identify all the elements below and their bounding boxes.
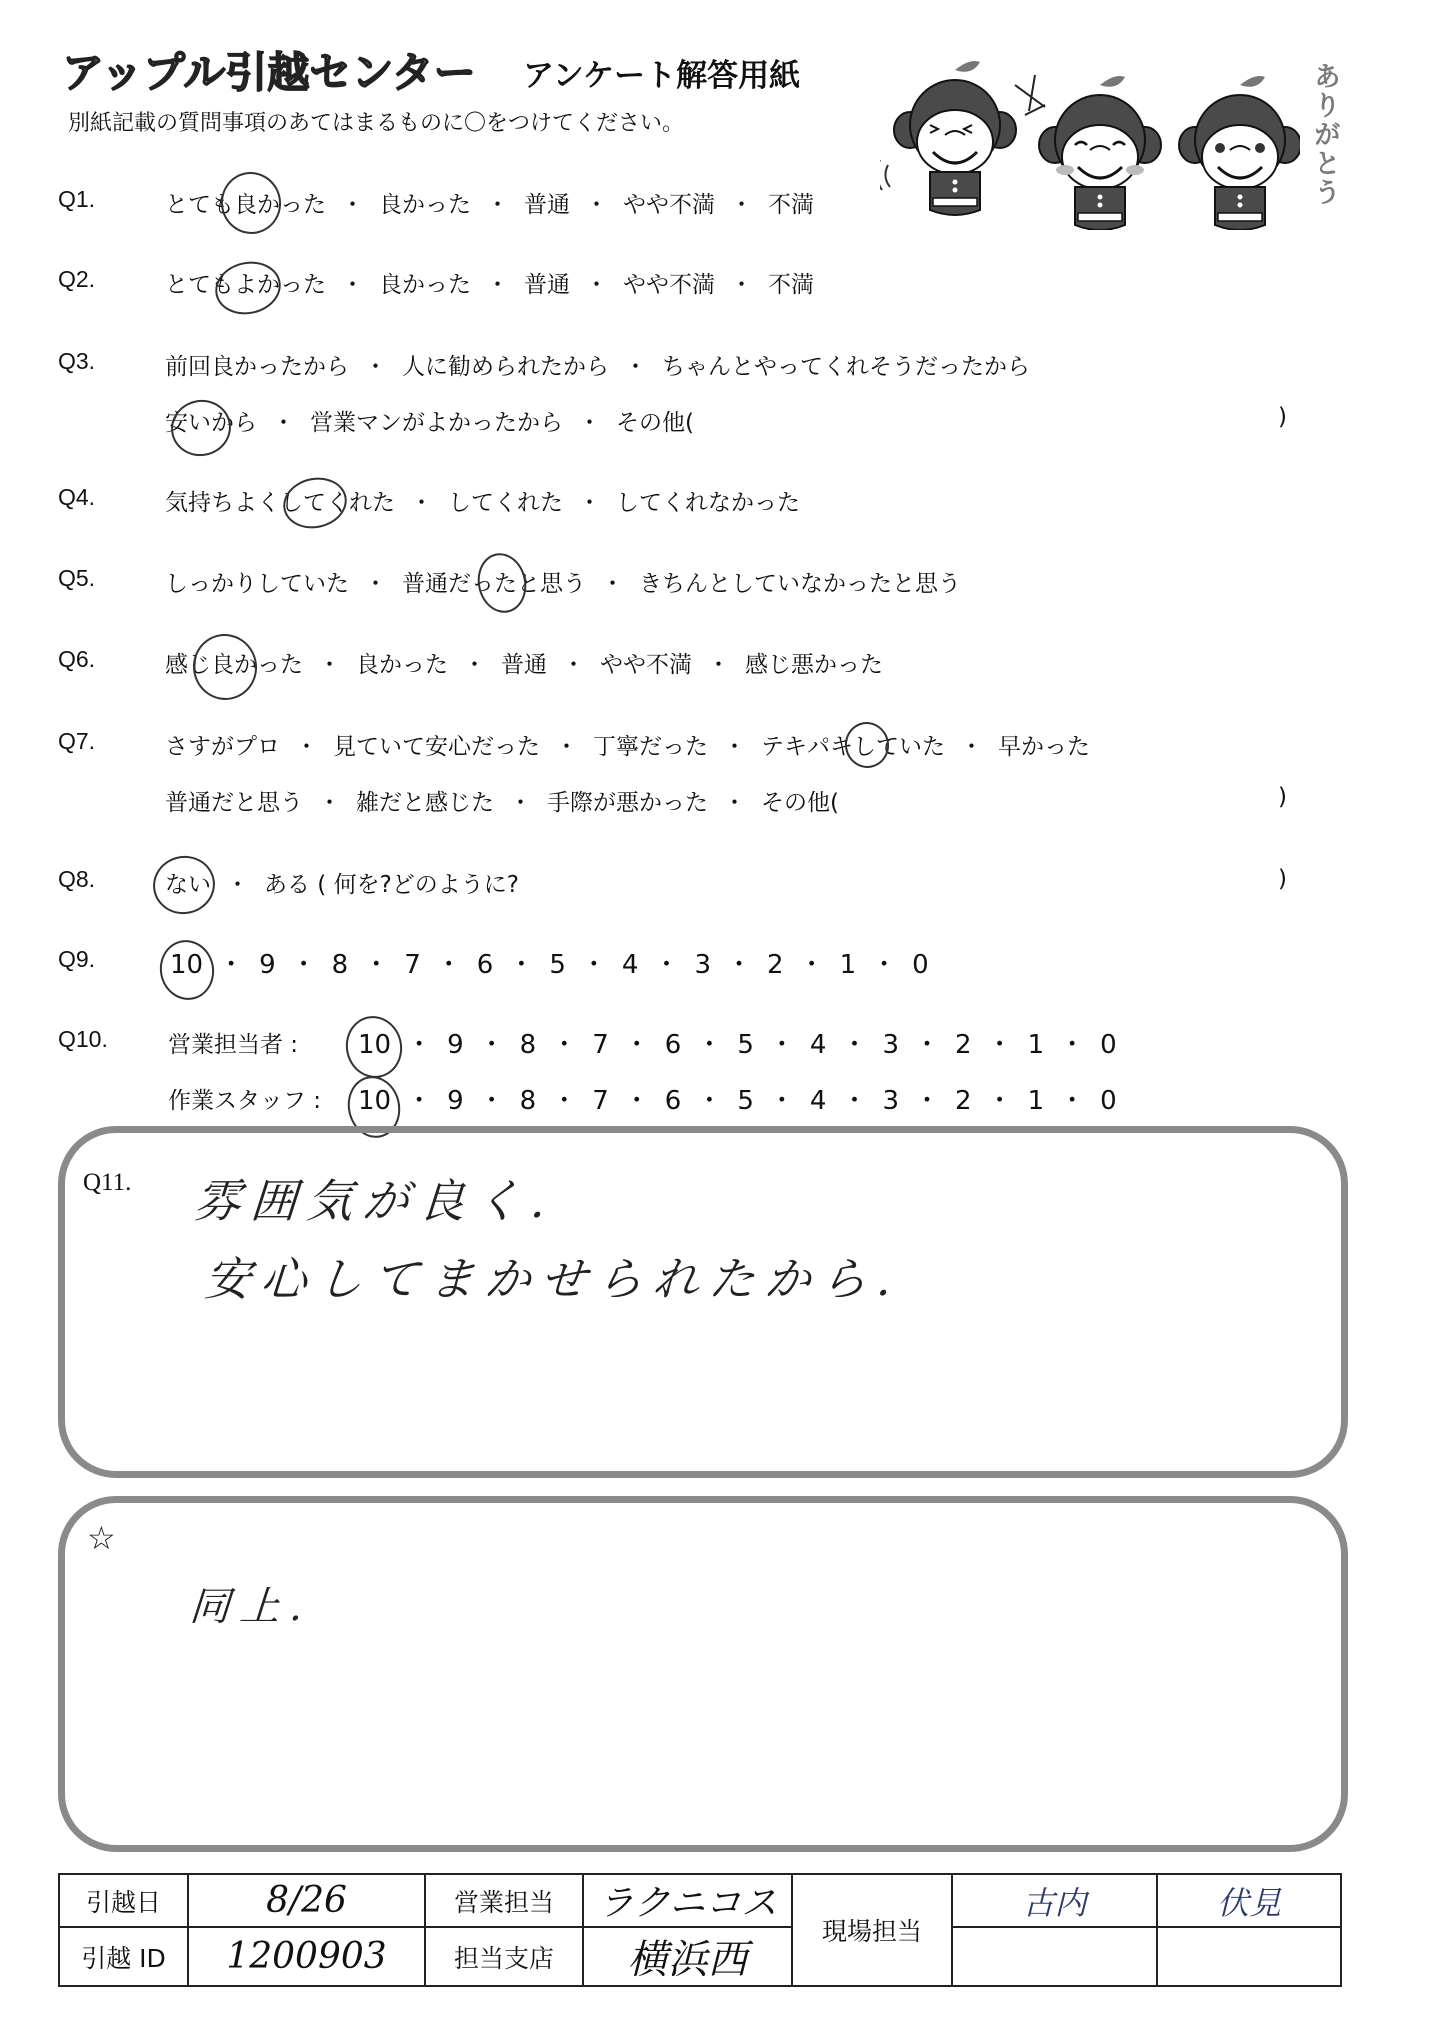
q10-staff-score-4[interactable]: 4 [810, 1086, 827, 1116]
q10-staff-score-3[interactable]: 3 [882, 1086, 899, 1116]
q3-paren-close: ) [1278, 404, 1287, 430]
q10-sales-score-2[interactable]: 2 [955, 1030, 972, 1060]
q9-score-5[interactable]: 5 [549, 950, 566, 980]
q4-options: 気持ちよくしてくれた ・してくれた・してくれなかった [165, 484, 800, 517]
move-id-value[interactable]: 1200903 [188, 1927, 425, 1986]
q3-option-5[interactable]: 営業マンがよかったから [310, 404, 563, 437]
q10-sales-score-7[interactable]: 7 [592, 1030, 609, 1060]
q11-label: Q11. [83, 1169, 131, 1197]
site-staff-1[interactable]: 古内 [952, 1874, 1157, 1927]
q4-option-2[interactable]: してくれた [448, 484, 563, 517]
q1-option-4[interactable]: やや不満 [623, 186, 715, 219]
q7-option-8[interactable]: 手際が悪かった [547, 784, 708, 817]
q8-options: ない ・ある ( 何を?どのように? [165, 866, 519, 899]
q2-option-1[interactable]: とてもよかった [165, 266, 326, 299]
q10-staff-score-0[interactable]: 0 [1100, 1086, 1117, 1116]
q7-options-line2: 普通だと思う・雑だと感じた・手際が悪かった・その他( [165, 784, 839, 817]
site-staff-label: 現場担当 [792, 1874, 952, 1986]
q10-sales-score-1[interactable]: 1 [1028, 1030, 1045, 1060]
q10-staff-score-2[interactable]: 2 [955, 1086, 972, 1116]
q4-option-1[interactable]: 気持ちよくしてくれた [165, 484, 395, 517]
q3-option-other[interactable]: その他( [616, 404, 694, 437]
move-info-table: 引越日 8/26 営業担当 ラクニコス 現場担当 古内 伏見 引越 ID 120… [58, 1873, 1342, 1987]
mascot-wink-icon [880, 61, 1016, 215]
q5-option-3[interactable]: きちんとしていなかったと思う [639, 565, 961, 598]
q10-staff-score-7[interactable]: 7 [592, 1086, 609, 1116]
q7-label: Q7. [58, 728, 95, 755]
q11-answer-line2: 安心してまかせられたから. [203, 1243, 904, 1309]
site-staff-3[interactable] [952, 1927, 1157, 1986]
q8-option-none[interactable]: ない [165, 866, 211, 899]
q6-option-4[interactable]: やや不満 [600, 646, 692, 679]
q2-option-2[interactable]: 良かった [379, 266, 471, 299]
q10-staff-score-8[interactable]: 8 [520, 1086, 537, 1116]
q1-options: とても良かった ・良かった・普通・やや不満・不満 [165, 186, 814, 219]
sales-rep-label: 営業担当 [425, 1874, 583, 1927]
q10-staff-score-9[interactable]: 9 [447, 1086, 464, 1116]
q10-label: Q10. [58, 1026, 108, 1053]
q5-options: しっかりしていた・普通だったと思う ・きちんとしていなかったと思う [165, 565, 961, 598]
q9-score-4[interactable]: 4 [622, 950, 639, 980]
q3-option-3[interactable]: ちゃんとやってくれそうだったから [662, 348, 1030, 381]
q6-options: 感じ良かった ・良かった・普通・やや不満・感じ悪かった [165, 646, 883, 679]
q7-option-4[interactable]: テキパキしていた [761, 728, 945, 761]
q10-staff-score-5[interactable]: 5 [737, 1086, 754, 1116]
move-date-value[interactable]: 8/26 [188, 1874, 425, 1927]
q7-option-other[interactable]: その他( [761, 784, 839, 817]
q10-sales-scale: 10 ・9・8・7・6・5・4・3・2・1・0 [358, 1024, 1117, 1061]
q8-paren-close: ) [1278, 866, 1287, 892]
sales-rep-value[interactable]: ラクニコス [583, 1874, 792, 1927]
q1-option-1[interactable]: とても良かった [165, 186, 326, 219]
q7-paren-close: ) [1278, 784, 1287, 810]
q8-label: Q8. [58, 866, 95, 893]
q10-sales-score-9[interactable]: 9 [447, 1030, 464, 1060]
q7-option-2[interactable]: 見ていて安心だった [333, 728, 540, 761]
branch-label: 担当支店 [425, 1927, 583, 1986]
mascot-illustration [880, 55, 1300, 230]
q7-option-5[interactable]: 早かった [998, 728, 1090, 761]
q10-sales-score-8[interactable]: 8 [520, 1030, 537, 1060]
site-staff-2[interactable]: 伏見 [1157, 1874, 1341, 1927]
q5-option-2[interactable]: 普通だったと思う [402, 565, 586, 598]
q10-sales-score-0[interactable]: 0 [1100, 1030, 1117, 1060]
q4-option-3[interactable]: してくれなかった [616, 484, 800, 517]
q3-option-2[interactable]: 人に勧められたから [402, 348, 609, 381]
q3-label: Q3. [58, 348, 95, 375]
q7-option-6[interactable]: 普通だと思う [165, 784, 303, 817]
q1-option-2[interactable]: 良かった [379, 186, 471, 219]
q5-option-1[interactable]: しっかりしていた [165, 565, 349, 598]
q10-staff-label: 作業スタッフ : [168, 1082, 321, 1115]
q10-staff-score-1[interactable]: 1 [1028, 1086, 1045, 1116]
q1-option-3[interactable]: 普通 [524, 186, 570, 219]
instruction-text: 別紙記載の質問事項のあてはまるものに〇をつけてください。 [68, 106, 684, 137]
star-icon: ☆ [87, 1519, 116, 1557]
branch-value[interactable]: 横浜西 [583, 1927, 792, 1986]
q3-options-line1: 前回良かったから・人に勧められたから・ちゃんとやってくれそうだったから [165, 348, 1030, 381]
q1-option-5[interactable]: 不満 [768, 186, 814, 219]
q9-score-9[interactable]: 9 [259, 950, 276, 980]
thanks-caption: ありがとう [1305, 62, 1344, 207]
brand-name: アップル引越センター [62, 40, 476, 100]
star-answer: 同上. [188, 1575, 315, 1632]
q10-sales-score-10[interactable]: 10 [358, 1030, 391, 1060]
q6-option-1[interactable]: 感じ良かった [165, 646, 303, 679]
q9-score-6[interactable]: 6 [477, 950, 494, 980]
q9-score-1[interactable]: 1 [840, 950, 857, 980]
q1-label: Q1. [58, 186, 95, 213]
site-staff-4[interactable] [1157, 1927, 1341, 1986]
q6-option-5[interactable]: 感じ悪かった [745, 646, 883, 679]
q3-options-line2: 安いから ・営業マンがよかったから・その他( [165, 404, 694, 437]
q10-sales-score-6[interactable]: 6 [665, 1030, 682, 1060]
q9-label: Q9. [58, 946, 95, 973]
q8-option-some[interactable]: ある ( 何を?どのように? [264, 866, 519, 899]
q6-label: Q6. [58, 646, 95, 673]
q7-option-7[interactable]: 雑だと感じた [356, 784, 494, 817]
q4-label: Q4. [58, 484, 95, 511]
q9-score-3[interactable]: 3 [694, 950, 711, 980]
q5-label: Q5. [58, 565, 95, 592]
q10-staff-scale: 10 ・9・8・7・6・5・4・3・2・1・0 [358, 1080, 1117, 1117]
star-comment-box[interactable]: ☆ 同上. [58, 1496, 1348, 1852]
q7-options-line1: さすがプロ・見ていて安心だった・丁寧だった・テキパキしていた ・早かった [165, 728, 1090, 761]
q2-option-4[interactable]: やや不満 [623, 266, 715, 299]
q9-score-8[interactable]: 8 [332, 950, 349, 980]
q10-staff-score-6[interactable]: 6 [665, 1086, 682, 1116]
q3-option-4[interactable]: 安いから [165, 404, 257, 437]
mascot-smile-icon [1179, 76, 1300, 230]
q2-options: とてもよかった ・良かった・普通・やや不満・不満 [165, 266, 814, 299]
q9-score-10[interactable]: 10 [170, 950, 203, 980]
q2-label: Q2. [58, 266, 95, 293]
q10-sales-score-5[interactable]: 5 [737, 1030, 754, 1060]
mascot-happy-icon [1015, 75, 1161, 230]
q3-option-1[interactable]: 前回良かったから [165, 348, 349, 381]
q9-score-2[interactable]: 2 [767, 950, 784, 980]
form-title: アンケート解答用紙 [523, 50, 800, 95]
q9-scale: 10 ・9・8・7・6・5・4・3・2・1・0 [170, 944, 929, 981]
q2-option-5[interactable]: 不満 [768, 266, 814, 299]
q6-option-2[interactable]: 良かった [356, 646, 448, 679]
q7-option-1[interactable]: さすがプロ [165, 728, 280, 761]
q7-option-3[interactable]: 丁寧だった [593, 728, 708, 761]
q10-sales-score-4[interactable]: 4 [810, 1030, 827, 1060]
q6-option-3[interactable]: 普通 [501, 646, 547, 679]
q2-option-3[interactable]: 普通 [524, 266, 570, 299]
q11-answer-line1: 雰囲気が良く. [193, 1165, 558, 1231]
q9-score-7[interactable]: 7 [404, 950, 421, 980]
move-date-label: 引越日 [59, 1874, 188, 1927]
q9-score-0[interactable]: 0 [912, 950, 929, 980]
q11-comment-box[interactable]: Q11. 雰囲気が良く. 安心してまかせられたから. [58, 1126, 1348, 1478]
q10-sales-score-3[interactable]: 3 [882, 1030, 899, 1060]
q10-staff-score-10[interactable]: 10 [358, 1086, 391, 1116]
q10-sales-label: 営業担当者 : [168, 1026, 298, 1059]
move-id-label: 引越 ID [59, 1927, 188, 1986]
